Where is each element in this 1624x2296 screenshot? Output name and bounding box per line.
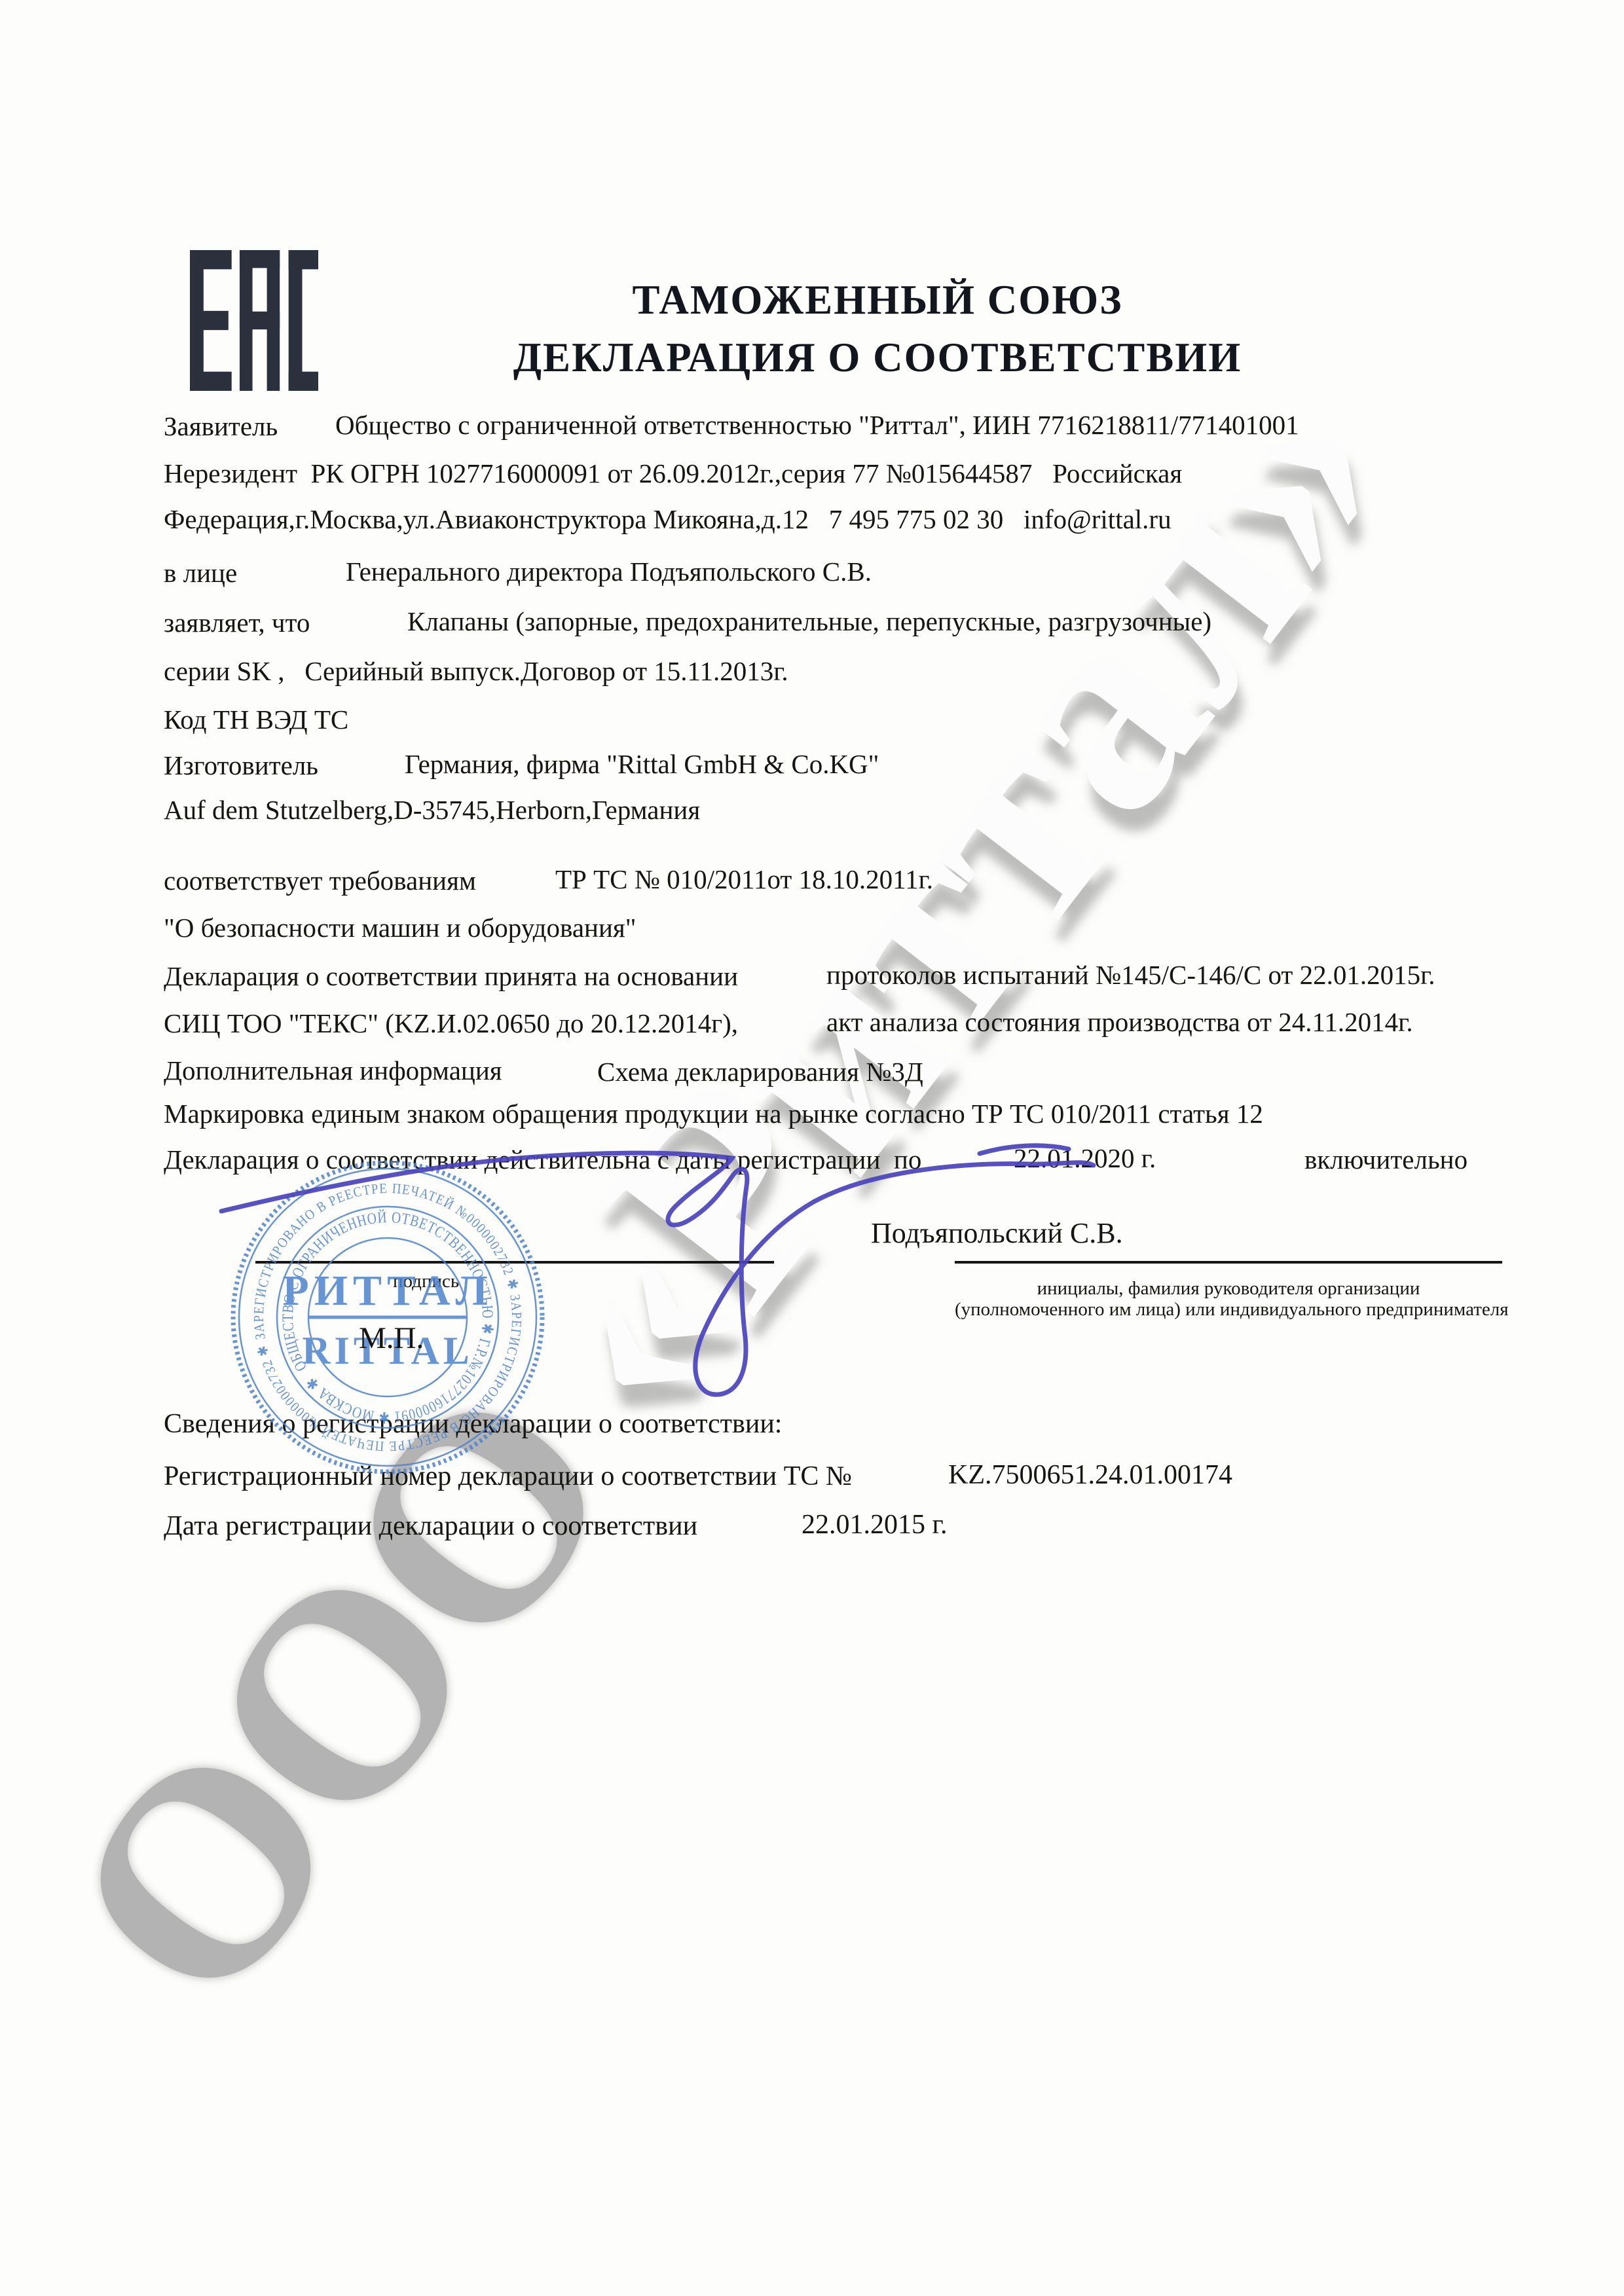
series-line: серии SK , Серийный выпуск.Договор от 15… [164, 655, 788, 687]
signatory-name: Подъяпольский С.В. [871, 1216, 1123, 1251]
registration-date-value: 22.01.2015 г. [802, 1508, 948, 1541]
in-person-label: в лице [164, 557, 237, 589]
marking-line: Маркировка единым знаком обращения проду… [164, 1098, 1263, 1130]
basis-label: Декларация о соответствии принята на осн… [164, 960, 738, 993]
applicant-line2: Нерезидент РК ОГРН 1027716000091 от 26.0… [164, 458, 1182, 490]
conforms-value: ТР ТС № 010/2011от 18.10.2011г. [555, 864, 933, 896]
signature-line-right [955, 1261, 1502, 1264]
basis-line2-value: акт анализа состояния производства от 24… [826, 1006, 1413, 1038]
initials-caption-2: (уполномоченного им лица) или индивидуал… [955, 1299, 1502, 1321]
registration-number-value: KZ.7500651.24.01.00174 [948, 1459, 1232, 1491]
validity-date: 22.01.2020 г. [1014, 1142, 1156, 1175]
declaration-document: ООО «Риттал» ТАМОЖЕННЫЙ СОЮЗ ДЕКЛАРАЦИЯ … [0, 0, 1624, 2296]
registration-date-label: Дата регистрации декларации о соответств… [164, 1510, 697, 1542]
additional-label: Дополнительная информация [164, 1055, 502, 1087]
conforms-label: соответствует требованиям [164, 865, 476, 897]
basis-value: протоколов испытаний №145/С-146/С от 22.… [826, 959, 1435, 991]
in-person-value: Генерального директора Подъяпольского С.… [346, 556, 872, 588]
initials-caption-1: инициалы, фамилия руководителя организац… [955, 1278, 1502, 1300]
code-label: Код ТН ВЭД ТС [164, 704, 348, 736]
manufacturer-address: Auf dem Stutzelberg,D-35745,Herborn,Герм… [164, 794, 700, 826]
manufacturer-label: Изготовитель [164, 750, 318, 782]
document-title: ТАМОЖЕННЫЙ СОЮЗ ДЕКЛАРАЦИЯ О СООТВЕТСТВИ… [196, 271, 1559, 386]
company-stamp: ЗАРЕГИСТРИРОВАНО В РЕЕСТРЕ ПЕЧАТЕЙ №0000… [226, 1156, 549, 1479]
applicant-label: Заявитель [164, 410, 278, 443]
applicant-value: Общество с ограниченной ответственностью… [335, 409, 1299, 441]
stamp-center-ru: РИТТАЛ [282, 1267, 492, 1315]
basis-line2-label: СИЦ ТОО "ТЕКС" (KZ.И.02.0650 до 20.12.20… [164, 1008, 738, 1040]
mp-mark: М.П. [359, 1320, 424, 1357]
declares-label: заявляет, что [164, 607, 310, 639]
applicant-line3: Федерация,г.Москва,ул.Авиаконструктора М… [164, 503, 1172, 536]
validity-suffix: включительно [1304, 1144, 1467, 1176]
declares-value: Клапаны (запорные, предохранительные, пе… [407, 606, 1211, 638]
manufacturer-value: Германия, фирма "Rittal GmbH & Co.KG" [405, 748, 879, 780]
title-line-2: ДЕКЛАРАЦИЯ О СООТВЕТСТВИИ [196, 329, 1559, 386]
conforms-note: "О безопасности машин и оборудования" [164, 912, 637, 944]
additional-value: Схема декларирования №3Д [597, 1056, 923, 1088]
title-line-1: ТАМОЖЕННЫЙ СОЮЗ [196, 271, 1559, 329]
